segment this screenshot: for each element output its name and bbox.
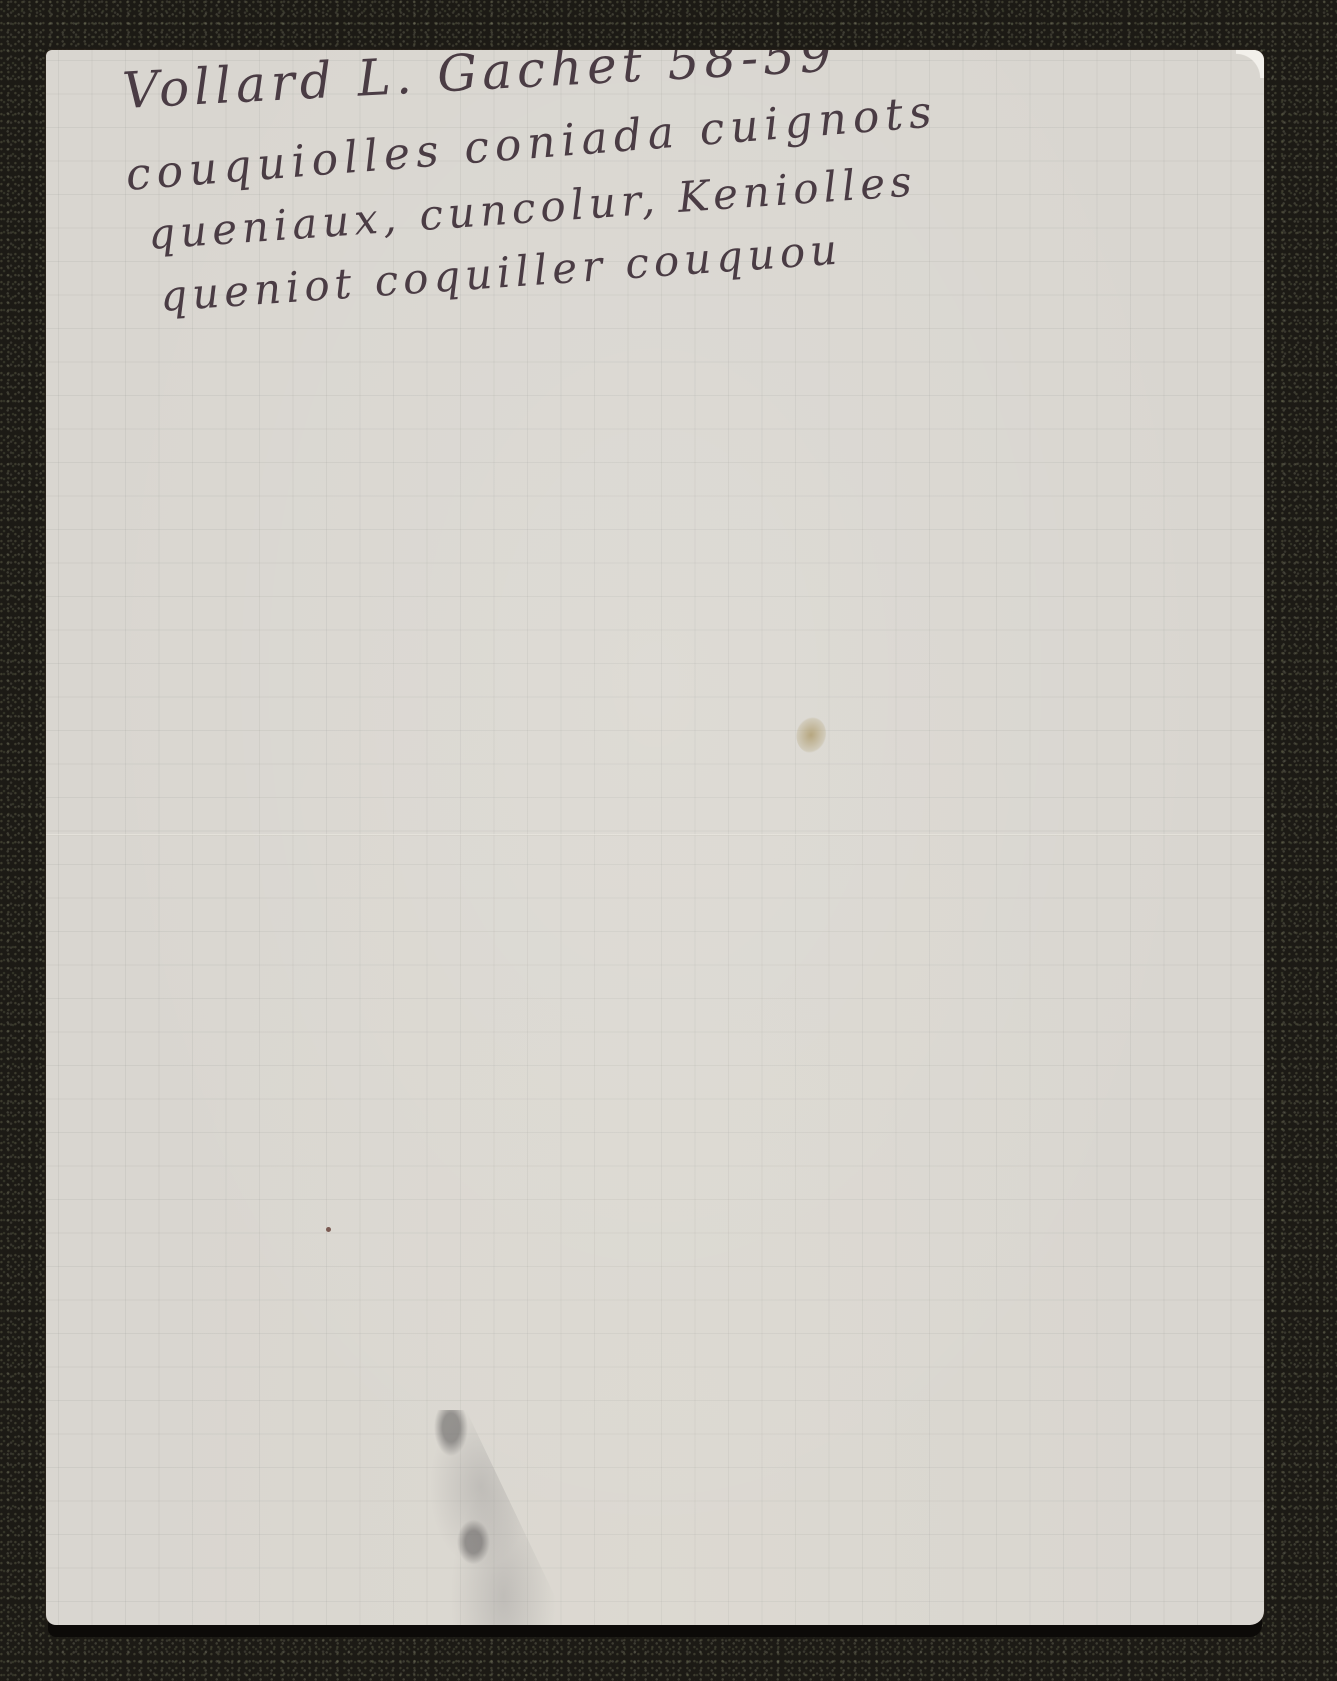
corner-curl bbox=[1236, 50, 1264, 78]
fold-crease bbox=[46, 834, 1264, 836]
ink-dot bbox=[326, 1227, 331, 1232]
paper-sheet: Vollard L. Gachet 58-59 couquiolles coni… bbox=[46, 50, 1264, 1625]
